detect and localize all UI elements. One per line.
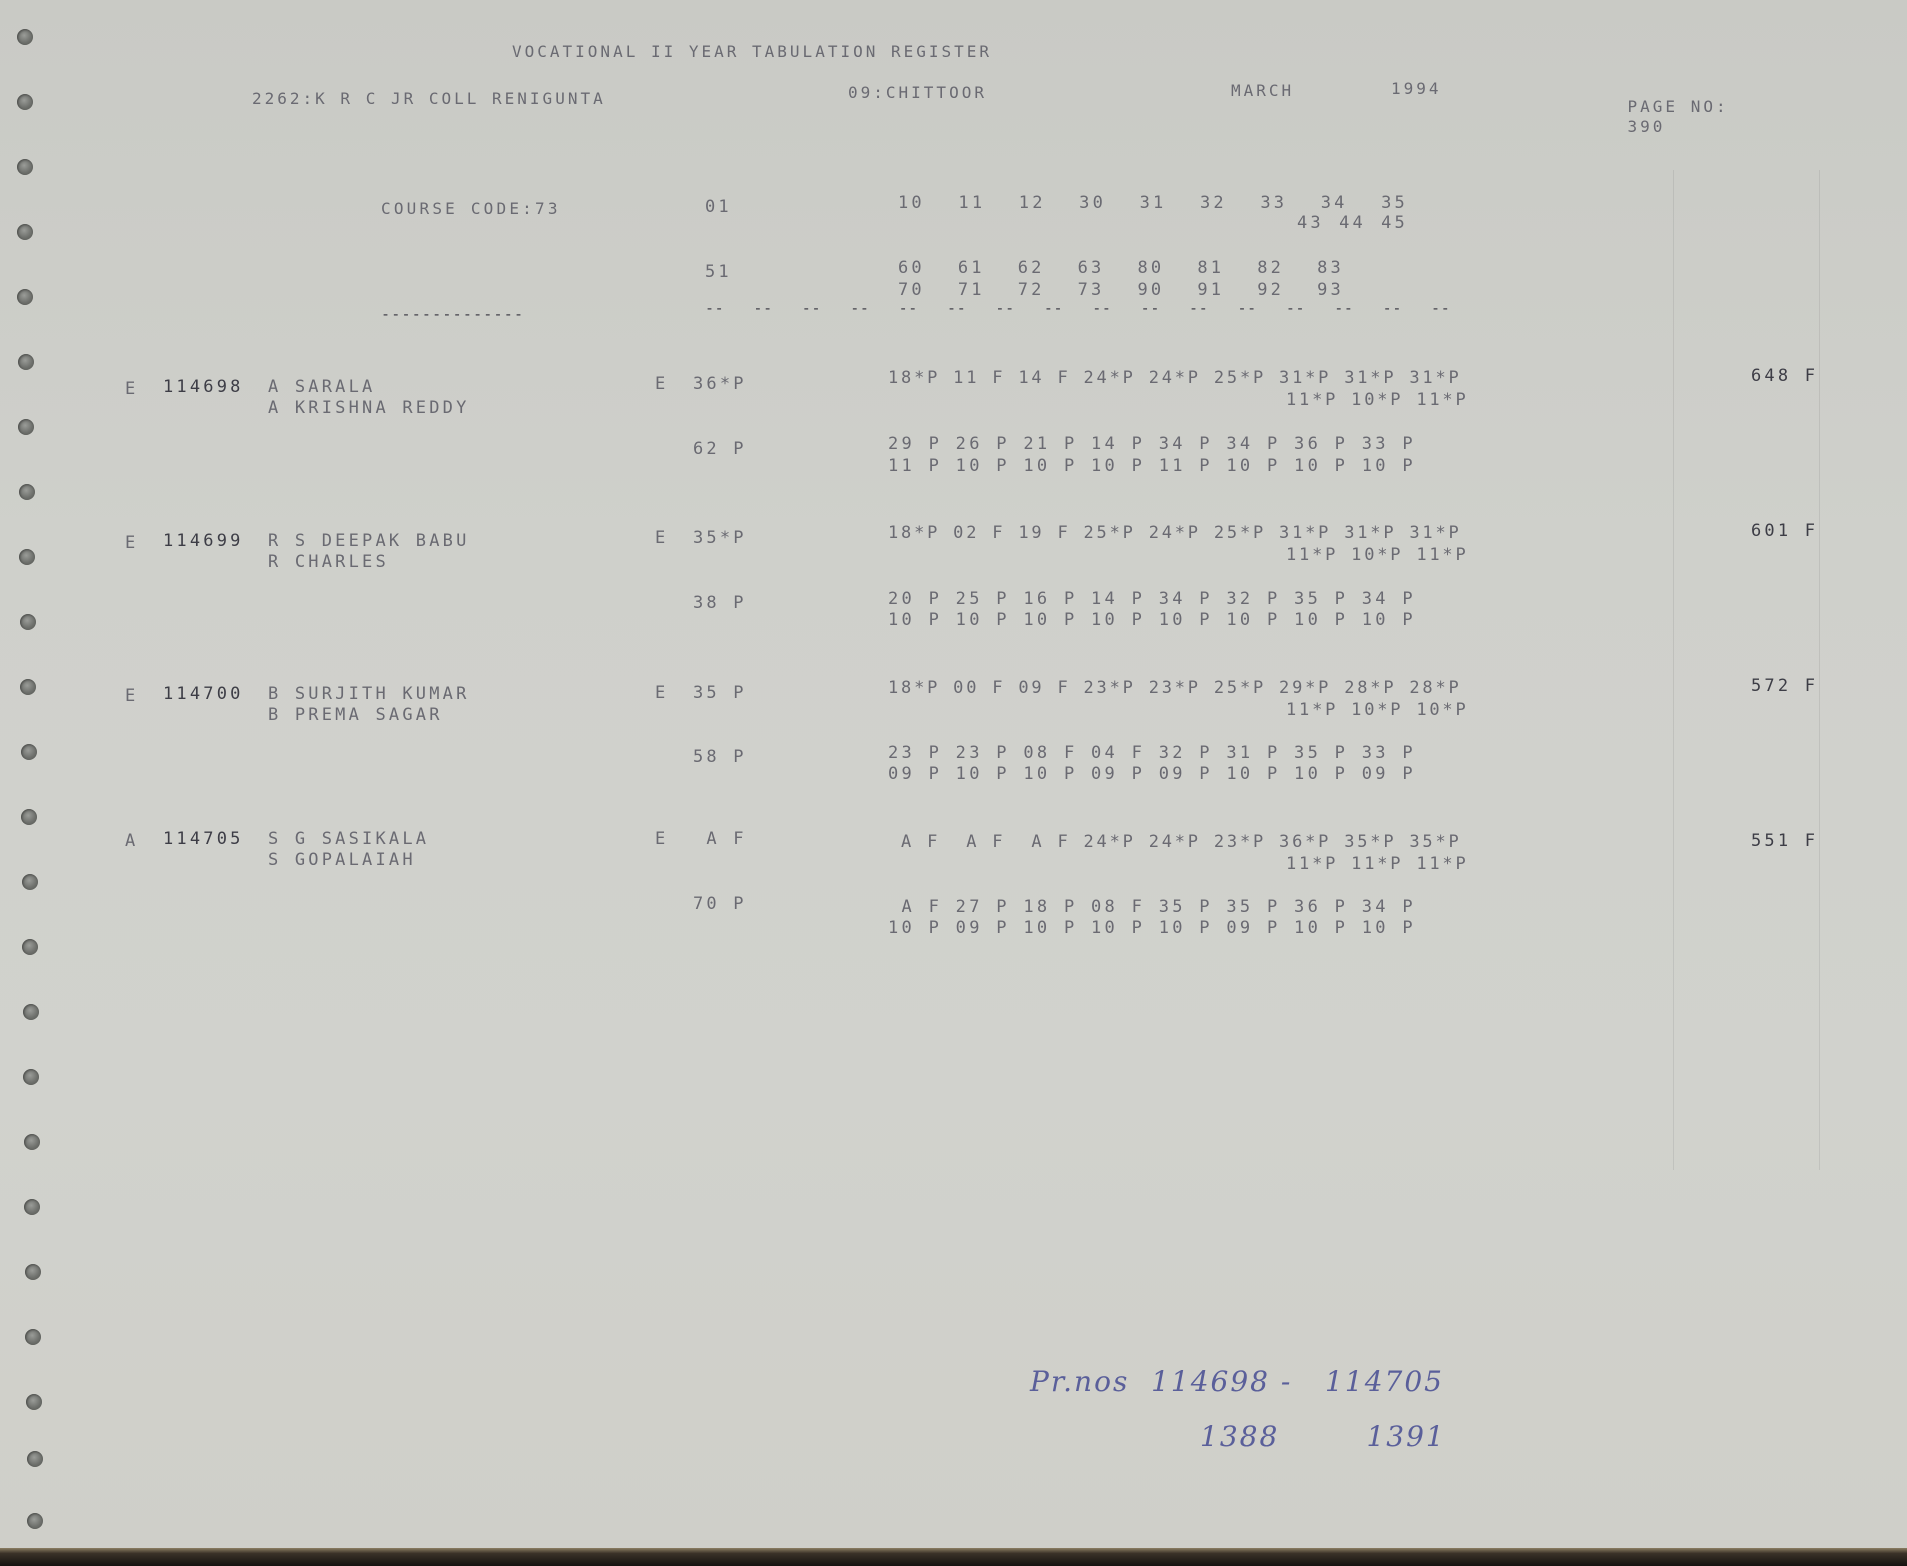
part1-marks: A F <box>693 829 747 849</box>
medium: E <box>655 374 668 394</box>
subject-marks-row1: 18*P 00 F 09 F 23*P 23*P 25*P 29*P 28*P … <box>888 678 1462 698</box>
column-codes-row1: 10 11 12 30 31 32 33 34 35 <box>898 193 1408 213</box>
binding-hole <box>23 1004 39 1020</box>
binding-hole <box>25 1329 41 1345</box>
binding-hole <box>24 1199 40 1215</box>
subject-marks-row1b: 11*P 10*P 10*P <box>1286 700 1469 720</box>
medium: E <box>655 528 668 548</box>
col-subcode: 73 <box>1078 280 1105 300</box>
medium: E <box>655 829 668 849</box>
student-name: B SURJITH KUMAR <box>268 684 470 704</box>
binding-hole <box>25 1264 41 1280</box>
col-code: 83 <box>1317 258 1344 278</box>
father-name: R CHARLES <box>268 552 389 572</box>
binding-hole <box>19 484 35 500</box>
col-subcode: 44 <box>1339 213 1366 233</box>
column-subcodes-row1: 43 44 45 <box>1297 213 1408 233</box>
col-subcode: 91 <box>1197 280 1224 300</box>
handwritten-note-line1: Pr.nos 114698 - 114705 <box>1030 1365 1444 1398</box>
col-code: 60 <box>898 258 925 278</box>
grand-total: 572 F <box>1751 676 1818 696</box>
page-bottom-edge <box>0 1548 1907 1566</box>
binding-hole <box>17 94 33 110</box>
father-name: B PREMA SAGAR <box>268 705 443 725</box>
binding-hole <box>17 29 33 45</box>
col-code: 10 <box>898 193 925 213</box>
subject-marks-row2: 23 P 23 P 08 F 04 F 32 P 31 P 35 P 33 P <box>888 743 1416 763</box>
faint-guide-line <box>1819 170 1820 1170</box>
binding-hole <box>17 159 33 175</box>
binding-hole <box>21 809 37 825</box>
grand-total: 601 F <box>1751 521 1818 541</box>
result-status: E <box>125 379 138 399</box>
col-code: 31 <box>1140 193 1167 213</box>
page-number: PAGE NO: 390 <box>1577 77 1729 157</box>
col-subcode: 93 <box>1317 280 1344 300</box>
tabulation-register-page: VOCATIONAL II YEAR TABULATION REGISTER 2… <box>0 0 1907 1552</box>
col-code: 62 <box>1018 258 1045 278</box>
col-code: 32 <box>1200 193 1227 213</box>
col-code: 80 <box>1138 258 1165 278</box>
subject-marks-row1b: 11*P 11*P 11*P <box>1286 854 1469 874</box>
subject-marks-row2b: 11 P 10 P 10 P 10 P 11 P 10 P 10 P 10 P <box>888 456 1416 476</box>
binding-hole <box>23 1069 39 1085</box>
col-code: 63 <box>1078 258 1105 278</box>
col-code: 35 <box>1381 193 1408 213</box>
binding-hole <box>22 874 38 890</box>
medium: E <box>655 683 668 703</box>
subject-marks-row1: 18*P 02 F 19 F 25*P 24*P 25*P 31*P 31*P … <box>888 523 1462 543</box>
part1-marks: 35 P <box>693 683 747 703</box>
grand-total: 551 F <box>1751 831 1818 851</box>
col-subcode: 71 <box>958 280 985 300</box>
column-subcodes-row2: 70 71 72 73 90 91 92 93 <box>898 280 1344 300</box>
col-subcode: 92 <box>1257 280 1284 300</box>
binding-hole <box>18 419 34 435</box>
register-title: VOCATIONAL II YEAR TABULATION REGISTER <box>512 42 992 62</box>
col-code: 33 <box>1260 193 1287 213</box>
part1-marks: 36*P <box>693 374 747 394</box>
grand-total: 648 F <box>1751 366 1818 386</box>
col-subcode: 70 <box>898 280 925 300</box>
column-dash-row: -- -- -- -- -- -- -- -- -- -- -- -- -- -… <box>705 298 1450 318</box>
student-name: A SARALA <box>268 377 375 397</box>
binding-hole <box>26 1394 42 1410</box>
col-subcode: 43 <box>1297 213 1324 233</box>
subject-marks-row2: A F 27 P 18 P 08 F 35 P 35 P 36 P 34 P <box>888 897 1416 917</box>
binding-hole <box>18 354 34 370</box>
exam-month: MARCH <box>1231 81 1294 101</box>
binding-hole <box>27 1513 43 1529</box>
col-subcode: 90 <box>1138 280 1165 300</box>
binding-hole <box>19 549 35 565</box>
result-status: E <box>125 686 138 706</box>
subject-marks-row2b: 10 P 10 P 10 P 10 P 10 P 10 P 10 P 10 P <box>888 610 1416 630</box>
binding-hole <box>20 614 36 630</box>
subject-marks-row2b: 10 P 09 P 10 P 10 P 10 P 09 P 10 P 10 P <box>888 918 1416 938</box>
binding-hole <box>27 1451 43 1467</box>
district-name: 09:CHITTOOR <box>848 83 987 103</box>
col-code: 81 <box>1197 258 1224 278</box>
col-code: 30 <box>1079 193 1106 213</box>
handwritten-note-line2: 1388 1391 <box>1200 1420 1446 1453</box>
student-name: S G SASIKALA <box>268 829 429 849</box>
subject-marks-row1: A F A F A F 24*P 24*P 23*P 36*P 35*P 35*… <box>888 832 1462 852</box>
header-underline: -------------- <box>381 304 524 324</box>
binding-hole <box>17 289 33 305</box>
binding-hole <box>24 1134 40 1150</box>
subject-marks-row1: 18*P 11 F 14 F 24*P 24*P 25*P 31*P 31*P … <box>888 368 1462 388</box>
col-subcode: 45 <box>1381 213 1408 233</box>
subject-marks-row2: 20 P 25 P 16 P 14 P 34 P 32 P 35 P 34 P <box>888 589 1416 609</box>
page-number-value: 390 <box>1628 117 1666 136</box>
col-code: 34 <box>1321 193 1348 213</box>
result-status: A <box>125 831 138 851</box>
col-code-51: 51 <box>705 262 732 282</box>
subject-marks-row2b: 09 P 10 P 10 P 09 P 09 P 10 P 10 P 09 P <box>888 764 1416 784</box>
student-name: R S DEEPAK BABU <box>268 531 470 551</box>
roll-number: 114700 <box>163 684 244 704</box>
col-code: 61 <box>958 258 985 278</box>
col-code-01: 01 <box>705 197 732 217</box>
part2-marks: 62 P <box>693 439 747 459</box>
father-name: S GOPALAIAH <box>268 850 416 870</box>
binding-hole <box>17 224 33 240</box>
subject-marks-row1b: 11*P 10*P 11*P <box>1286 390 1469 410</box>
subject-marks-row1b: 11*P 10*P 11*P <box>1286 545 1469 565</box>
subject-marks-row2: 29 P 26 P 21 P 14 P 34 P 34 P 36 P 33 P <box>888 434 1416 454</box>
father-name: A KRISHNA REDDY <box>268 398 470 418</box>
col-code: 12 <box>1019 193 1046 213</box>
binding-hole <box>22 939 38 955</box>
faint-guide-line <box>1673 170 1674 1170</box>
roll-number: 114705 <box>163 829 244 849</box>
binding-hole <box>20 679 36 695</box>
roll-number: 114698 <box>163 377 244 397</box>
col-code: 82 <box>1257 258 1284 278</box>
course-code-label: COURSE CODE:73 <box>381 199 561 219</box>
part1-marks: 35*P <box>693 528 747 548</box>
part2-marks: 38 P <box>693 593 747 613</box>
roll-number: 114699 <box>163 531 244 551</box>
binding-hole <box>21 744 37 760</box>
part2-marks: 70 P <box>693 894 747 914</box>
result-status: E <box>125 533 138 553</box>
college-name: 2262:K R C JR COLL RENIGUNTA <box>252 89 606 109</box>
col-subcode: 72 <box>1018 280 1045 300</box>
column-codes-row2: 60 61 62 63 80 81 82 83 <box>898 258 1344 278</box>
col-code: 11 <box>958 193 985 213</box>
page-number-label: PAGE NO: <box>1628 97 1729 116</box>
exam-year: 1994 <box>1391 79 1442 99</box>
part2-marks: 58 P <box>693 747 747 767</box>
